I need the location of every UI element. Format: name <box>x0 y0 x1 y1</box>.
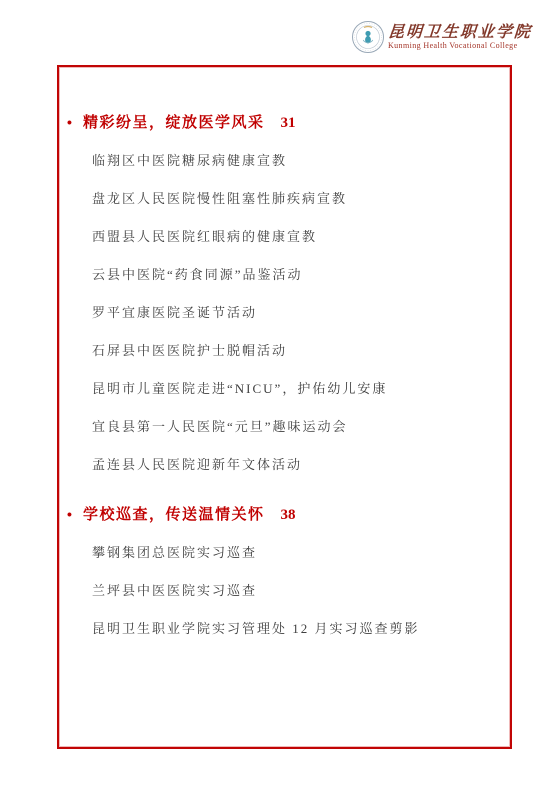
bullet-icon: • <box>67 505 83 523</box>
toc-entry: 石屏县中医医院护士脱帽活动 <box>92 344 492 357</box>
toc-border-box: • 精彩纷呈，绽放医学风采 31 临翔区中医院糖尿病健康宣教 盘龙区人民医院慢性… <box>57 65 512 749</box>
toc-entry: 昆明市儿童医院走进“NICU”，护佑幼儿安康 <box>92 382 492 395</box>
document-page: 昆明卫生职业学院 Kunming Health Vocational Colle… <box>0 0 554 802</box>
toc-entry: 昆明卫生职业学院实习管理处 12 月实习巡查剪影 <box>92 622 492 635</box>
toc-entry: 西盟县人民医院红眼病的健康宣教 <box>92 230 492 243</box>
toc-section-2-heading: • 学校巡查，传送温情关怀 38 <box>67 505 492 524</box>
toc-section-2-title: 学校巡查，传送温情关怀 <box>83 506 265 524</box>
toc-section-1-title: 精彩纷呈，绽放医学风采 <box>83 114 265 132</box>
toc-entry: 罗平宜康医院圣诞节活动 <box>92 306 492 319</box>
toc-entry: 盘龙区人民医院慢性阻塞性肺疾病宣教 <box>92 192 492 205</box>
college-name: 昆明卫生职业学院 Kunming Health Vocational Colle… <box>388 23 532 51</box>
toc-section-2: • 学校巡查，传送温情关怀 38 攀钢集团总医院实习巡查 兰坪县中医医院实习巡查… <box>67 505 492 635</box>
toc-section-1: • 精彩纷呈，绽放医学风采 31 临翔区中医院糖尿病健康宣教 盘龙区人民医院慢性… <box>67 113 492 471</box>
college-name-en: Kunming Health Vocational College <box>388 42 518 51</box>
toc-entry: 宜良县第一人民医院“元旦”趣味运动会 <box>92 420 492 433</box>
toc-section-2-items: 攀钢集团总医院实习巡查 兰坪县中医医院实习巡查 昆明卫生职业学院实习管理处 12… <box>92 546 492 635</box>
toc-entry: 攀钢集团总医院实习巡查 <box>92 546 492 559</box>
toc-entry: 兰坪县中医医院实习巡查 <box>92 584 492 597</box>
toc-section-2-page-number: 38 <box>281 506 296 524</box>
toc-section-1-heading: • 精彩纷呈，绽放医学风采 31 <box>67 113 492 132</box>
toc-entry: 临翔区中医院糖尿病健康宣教 <box>92 154 492 167</box>
toc-section-1-items: 临翔区中医院糖尿病健康宣教 盘龙区人民医院慢性阻塞性肺疾病宣教 西盟县人民医院红… <box>92 154 492 471</box>
toc-entry: 云县中医院“药食同源”品鉴活动 <box>92 268 492 281</box>
college-logo: 昆明卫生职业学院 Kunming Health Vocational Colle… <box>351 20 532 54</box>
bullet-icon: • <box>67 113 83 131</box>
school-seal-icon <box>351 20 385 54</box>
toc-entry: 孟连县人民医院迎新年文体活动 <box>92 458 492 471</box>
college-name-zh: 昆明卫生职业学院 <box>387 23 532 41</box>
toc-content: • 精彩纷呈，绽放医学风采 31 临翔区中医院糖尿病健康宣教 盘龙区人民医院慢性… <box>59 67 510 635</box>
toc-section-1-page-number: 31 <box>281 114 296 132</box>
